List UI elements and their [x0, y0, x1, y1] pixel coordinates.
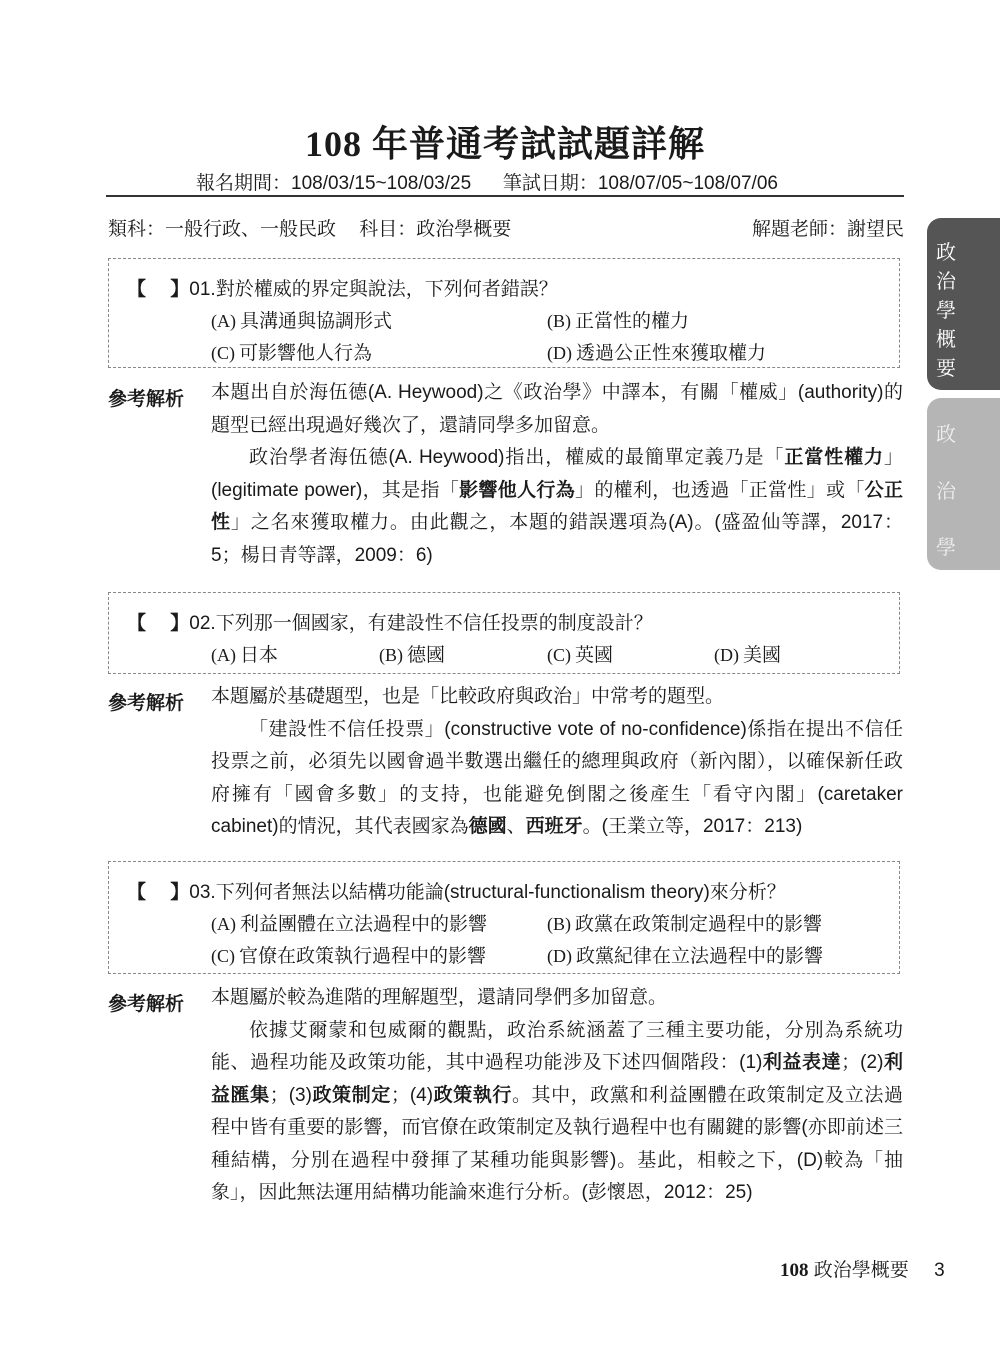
question-stem: 【 】02.下列那一個國家，有建設性不信任投票的制度設計？ [127, 608, 653, 635]
option-d: (D)政黨紀律在立法過程中的影響 [547, 941, 823, 968]
option-b: (B)德國 [379, 640, 445, 667]
page-footer: 108 政治學概要 3 [780, 1255, 945, 1282]
question-box-02: 【 】02.下列那一個國家，有建設性不信任投票的制度設計？ (A)日本 (B)德… [108, 592, 900, 674]
option-d: (D)透過公正性來獲取權力 [547, 338, 766, 365]
option-c: (C)官僚在政策執行過程中的影響 [211, 941, 486, 968]
header-divider [106, 195, 904, 197]
answer-bracket: 【 】 [127, 613, 189, 634]
tab-char: 學 [927, 294, 965, 323]
side-tab-politics[interactable]: 政 治 學 [927, 398, 1000, 570]
question-box-03: 【 】03.下列何者無法以結構功能論(structural-functional… [108, 861, 900, 974]
tab-char: 治 [927, 265, 965, 294]
page-title: 108 年普通考試試題詳解 [0, 116, 1000, 167]
question-stem: 【 】03.下列何者無法以結構功能論(structural-functional… [127, 877, 786, 904]
teacher: 解題老師：謝望民 [752, 214, 904, 241]
question-text: 下列何者無法以結構功能論(structural-functionalism th… [216, 882, 786, 903]
tab-char: 治 [927, 475, 965, 504]
tab-char: 政 [927, 418, 965, 447]
answer-label: 參考解析 [108, 384, 184, 411]
tab-char: 政 [927, 236, 965, 265]
option-d: (D)美國 [714, 640, 781, 667]
answer-bracket: 【 】 [127, 279, 189, 300]
option-c: (C)英國 [547, 640, 613, 667]
answer-label: 參考解析 [108, 989, 184, 1016]
option-a: (A)利益團體在立法過程中的影響 [211, 909, 487, 936]
tab-char: 概 [927, 323, 965, 352]
option-b: (B)正當性的權力 [547, 306, 689, 333]
answer-explanation-02: 本題屬於基礎題型，也是「比較政府與政治」中常考的題型。 「建設性不信任投票」(c… [211, 681, 903, 844]
question-text: 下列那一個國家，有建設性不信任投票的制度設計？ [216, 613, 653, 634]
category: 類科：一般行政、一般民政 [108, 219, 336, 240]
exam-meta: 類科：一般行政、一般民政 科目：政治學概要 解題老師：謝望民 [108, 214, 904, 241]
footer-book-title: 政治學概要 [814, 1260, 909, 1281]
subject: 科目：政治學概要 [359, 219, 511, 240]
question-number: 03. [189, 882, 215, 903]
page-number: 3 [934, 1260, 945, 1281]
answer-bracket: 【 】 [127, 882, 189, 903]
option-a: (A)日本 [211, 640, 278, 667]
question-number: 01. [189, 279, 215, 300]
question-number: 02. [189, 613, 215, 634]
side-tab-politics-overview[interactable]: 政 治 學 概 要 [927, 218, 1000, 390]
footer-year: 108 [780, 1260, 809, 1281]
tab-char: 要 [927, 352, 965, 381]
question-box-01: 【 】01.對於權威的界定與說法，下列何者錯誤？ (A)具溝通與協調形式 (B)… [108, 258, 900, 368]
question-text: 對於權威的界定與說法，下列何者錯誤？ [216, 279, 558, 300]
answer-label: 參考解析 [108, 688, 184, 715]
tab-char: 學 [927, 531, 965, 560]
answer-explanation-01: 本題出自於海伍德(A. Heywood)之《政治學》中譯本，有關「權威」(aut… [211, 377, 903, 572]
option-b: (B)政黨在政策制定過程中的影響 [547, 909, 822, 936]
option-a: (A)具溝通與協調形式 [211, 306, 392, 333]
question-stem: 【 】01.對於權威的界定與說法，下列何者錯誤？ [127, 274, 558, 301]
exam-dates: 報名期間：108/03/15~108/03/25 筆試日期：108/07/05~… [196, 168, 778, 195]
answer-explanation-03: 本題屬於較為進階的理解題型，還請同學們多加留意。 依據艾爾蒙和包威爾的觀點，政治… [211, 982, 903, 1210]
option-c: (C)可影響他人行為 [211, 338, 372, 365]
